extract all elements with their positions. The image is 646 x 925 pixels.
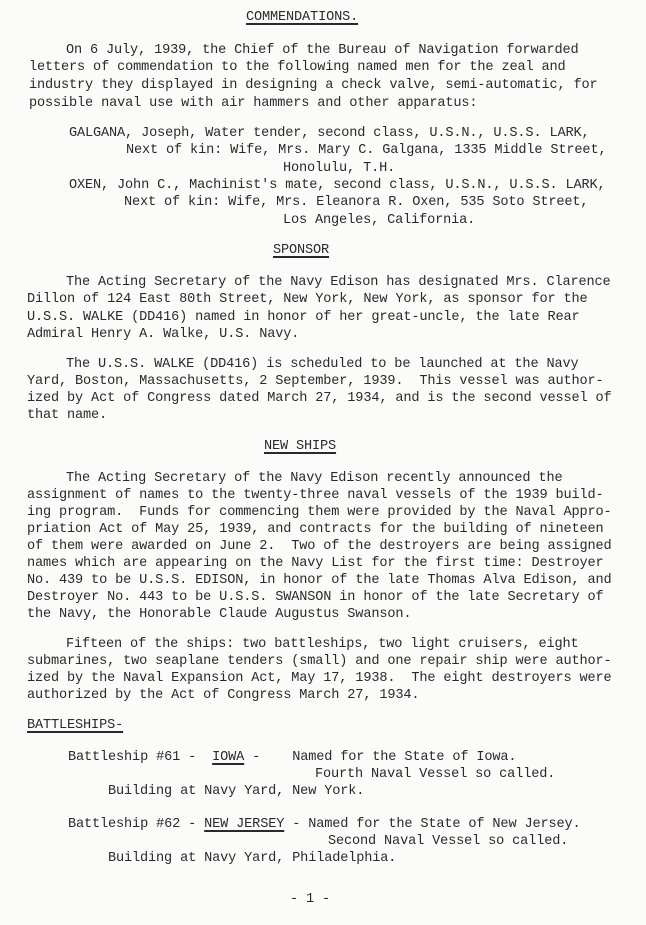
sponsor-text-line: Admiral Henry A. Walke, U.S. Navy. — [27, 327, 299, 343]
sponsor-text-line: ized by Act of Congress dated March 27, … — [27, 391, 612, 407]
battleship-separator: - — [284, 817, 308, 832]
battleship-entry: Battleship #62 - NEW JERSEY - Named for … — [68, 817, 581, 833]
sponsor-text-line: that name. — [27, 408, 107, 424]
battleship-description: Fourth Naval Vessel so called. — [315, 767, 555, 783]
battleship-name: IOWA — [212, 750, 244, 765]
commendations-text-line: possible naval use with air hammers and … — [29, 96, 477, 112]
commendee-kin-line: Next of kin: Wife, Mrs. Mary C. Galgana,… — [126, 143, 606, 159]
new-ships-text-line: authorized by the Act of Congress March … — [27, 688, 419, 704]
battleship-description: Named for the State of New Jersey. — [308, 817, 580, 832]
section-heading-commendations: COMMENDATIONS. — [246, 10, 358, 26]
battleship-number: Battleship #62 - — [68, 817, 204, 832]
new-ships-text-line: No. 439 to be U.S.S. EDISON, in honor of… — [27, 573, 612, 589]
commendee-kin-line: Los Angeles, California. — [283, 213, 475, 229]
page-number: - 1 - — [290, 892, 330, 908]
commendee-kin-line: Next of kin: Wife, Mrs. Eleanora R. Oxen… — [124, 195, 588, 211]
battleship-separator: - — [244, 750, 292, 765]
battleship-description: Second Naval Vessel so called. — [328, 834, 568, 850]
sponsor-text-line: Yard, Boston, Massachusetts, 2 September… — [27, 374, 604, 390]
new-ships-text-line: of them were awarded on June 2. Two of t… — [27, 539, 612, 555]
commendee-line: GALGANA, Joseph, Water tender, second cl… — [69, 126, 590, 142]
sponsor-text-line: The U.S.S. WALKE (DD416) is scheduled to… — [66, 357, 579, 373]
new-ships-text-line: names which are appearing on the Navy Li… — [27, 556, 604, 572]
commendee-line: OXEN, John C., Machinist's mate, second … — [69, 178, 606, 194]
section-heading-sponsor: SPONSOR — [273, 243, 329, 259]
commendations-text-line: letters of commendation to the following… — [29, 60, 566, 76]
battleship-number: Battleship #61 - — [68, 750, 212, 765]
new-ships-text-line: assignment of names to the twenty-three … — [27, 488, 604, 504]
sponsor-text-line: U.S.S. WALKE (DD416) named in honor of h… — [27, 310, 580, 326]
battleship-entry: Battleship #61 - IOWA - Named for the St… — [68, 750, 516, 766]
new-ships-text-line: Fifteen of the ships: two battleships, t… — [66, 637, 579, 653]
new-ships-text-line: ized by the Naval Expansion Act, May 17,… — [27, 671, 612, 687]
battleship-building: Building at Navy Yard, New York. — [108, 784, 364, 800]
section-heading-battleships: BATTLESHIPS- — [27, 718, 123, 734]
commendations-text-line: industry they displayed in designing a c… — [29, 78, 598, 94]
section-heading-new-ships: NEW SHIPS — [264, 439, 336, 455]
document-page: COMMENDATIONS. On 6 July, 1939, the Chie… — [0, 0, 646, 925]
battleship-description: Named for the State of Iowa. — [292, 750, 516, 765]
commendee-kin-line: Honolulu, T.H. — [283, 161, 395, 177]
new-ships-text-line: the Navy, the Honorable Claude Augustus … — [27, 607, 411, 623]
new-ships-text-line: submarines, two seaplane tenders (small)… — [27, 654, 612, 670]
new-ships-text-line: Destroyer No. 443 to be U.S.S. SWANSON i… — [27, 590, 604, 606]
new-ships-text-line: The Acting Secretary of the Navy Edison … — [66, 471, 562, 487]
battleship-building: Building at Navy Yard, Philadelphia. — [108, 851, 396, 867]
battleship-name: NEW JERSEY — [204, 817, 284, 832]
new-ships-text-line: ing program. Funds for commencing them w… — [27, 505, 612, 521]
sponsor-text-line: The Acting Secretary of the Navy Edison … — [66, 275, 611, 291]
sponsor-text-line: Dillon of 124 East 80th Street, New York… — [27, 292, 588, 308]
new-ships-text-line: priation Act of May 25, 1939, and contra… — [27, 522, 604, 538]
commendations-text-line: On 6 July, 1939, the Chief of the Bureau… — [66, 43, 579, 59]
